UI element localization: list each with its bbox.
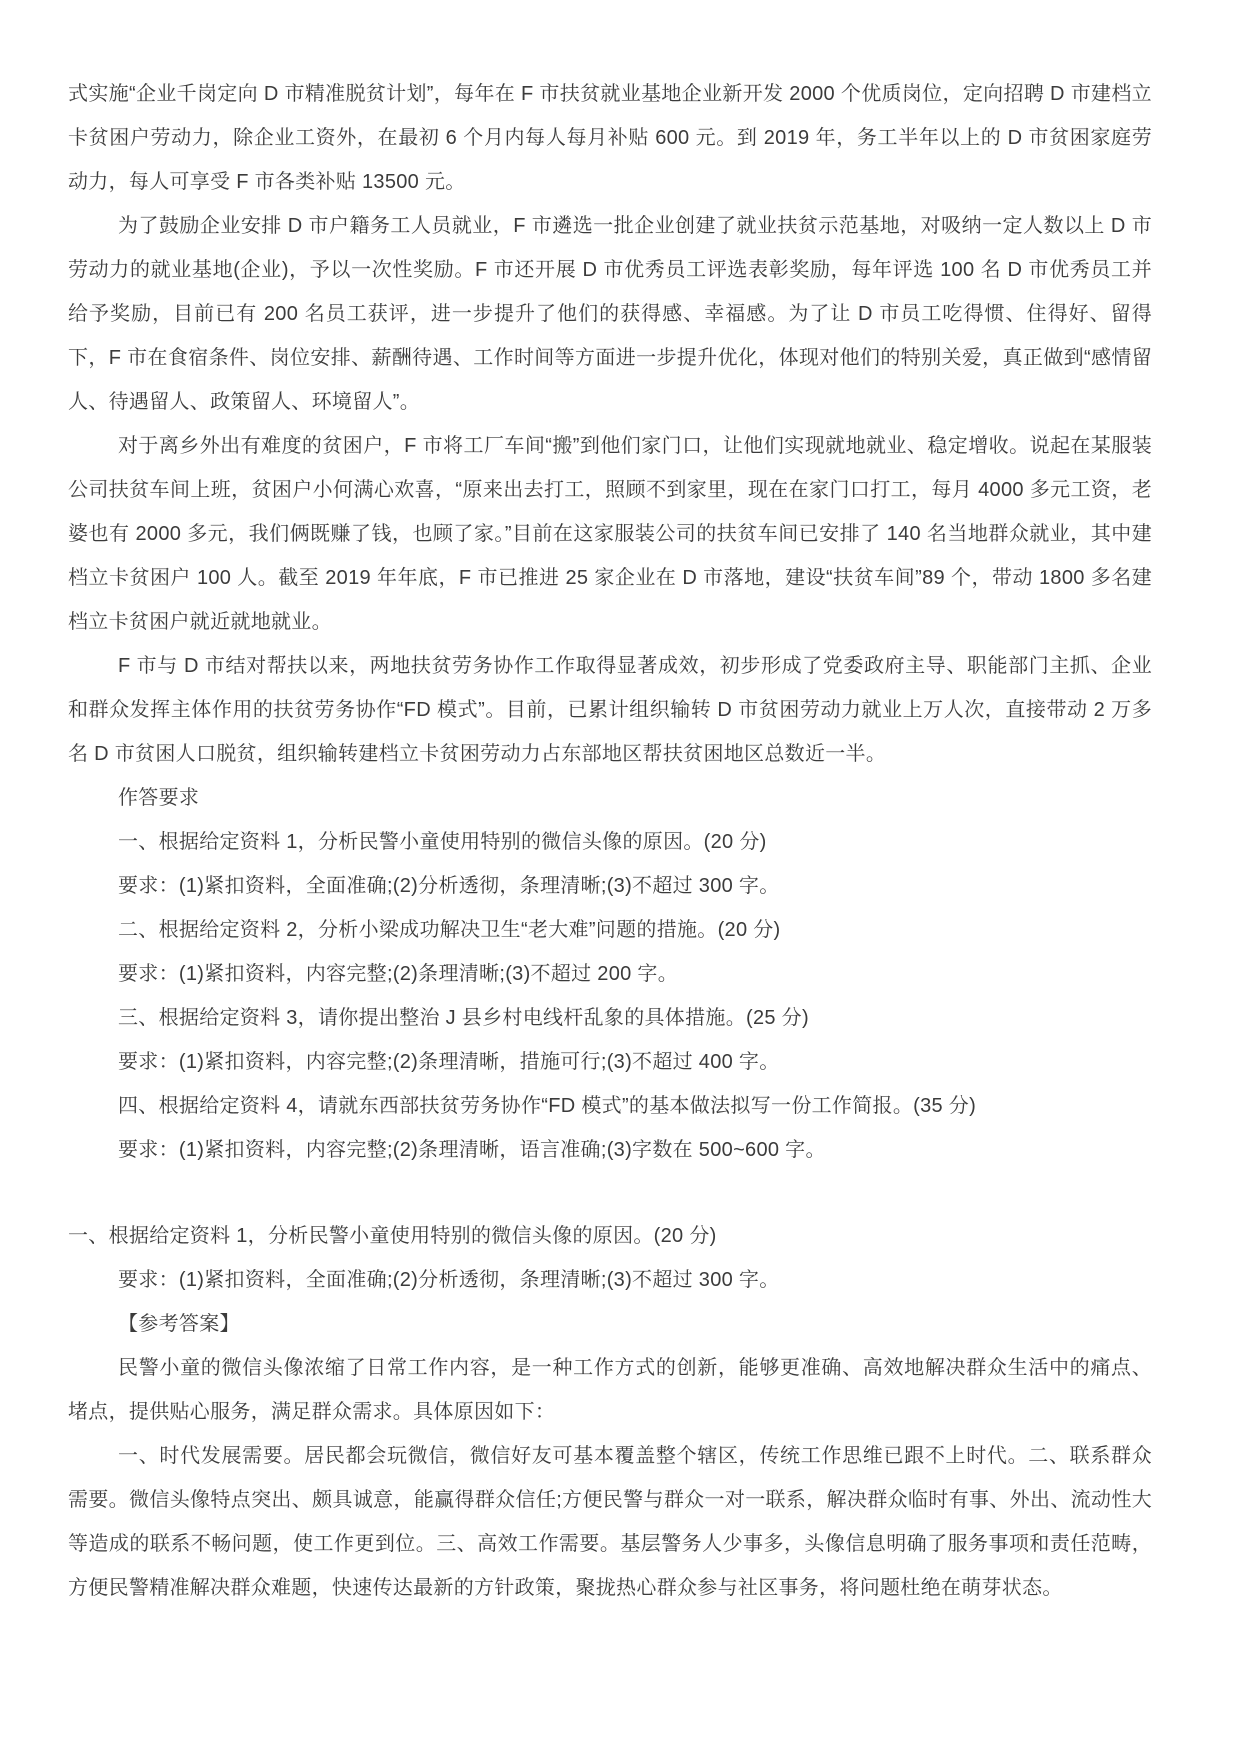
reference-answer-heading: 【参考答案】	[68, 1302, 1152, 1346]
question-1: 一、根据给定资料 1，分析民警小童使用特别的微信头像的原因。(20 分)	[68, 820, 1152, 864]
material-paragraph-2: 为了鼓励企业安排 D 市户籍务工人员就业，F 市遴选一批企业创建了就业扶贫示范基…	[68, 204, 1152, 424]
answer-section-question-1: 一、根据给定资料 1，分析民警小童使用特别的微信头像的原因。(20 分)	[68, 1214, 1152, 1258]
document-page: 式实施“企业千岗定向 D 市精准脱贫计划”，每年在 F 市扶贫就业基地企业新开发…	[0, 0, 1240, 1754]
material-paragraph-1: 式实施“企业千岗定向 D 市精准脱贫计划”，每年在 F 市扶贫就业基地企业新开发…	[68, 72, 1152, 204]
reference-answer-intro: 民警小童的微信头像浓缩了日常工作内容，是一种工作方式的创新，能够更准确、高效地解…	[68, 1346, 1152, 1434]
material-paragraph-4: F 市与 D 市结对帮扶以来，两地扶贫劳务协作工作取得显著成效，初步形成了党委政…	[68, 644, 1152, 776]
question-4: 四、根据给定资料 4，请就东西部扶贫劳务协作“FD 模式”的基本做法拟写一份工作…	[68, 1084, 1152, 1128]
answer-requirements-heading: 作答要求	[68, 776, 1152, 820]
answer-section-question-1-requirements: 要求：(1)紧扣资料，全面准确;(2)分析透彻，条理清晰;(3)不超过 300 …	[68, 1258, 1152, 1302]
reference-answer-body: 一、时代发展需要。居民都会玩微信，微信好友可基本覆盖整个辖区，传统工作思维已跟不…	[68, 1434, 1152, 1610]
question-4-requirements: 要求：(1)紧扣资料，内容完整;(2)条理清晰，语言准确;(3)字数在 500~…	[68, 1128, 1152, 1172]
material-paragraph-3: 对于离乡外出有难度的贫困户，F 市将工厂车间“搬”到他们家门口，让他们实现就地就…	[68, 424, 1152, 644]
question-2-requirements: 要求：(1)紧扣资料，内容完整;(2)条理清晰;(3)不超过 200 字。	[68, 952, 1152, 996]
question-1-requirements: 要求：(1)紧扣资料，全面准确;(2)分析透彻，条理清晰;(3)不超过 300 …	[68, 864, 1152, 908]
question-3: 三、根据给定资料 3，请你提出整治 J 县乡村电线杆乱象的具体措施。(25 分)	[68, 996, 1152, 1040]
question-2: 二、根据给定资料 2，分析小梁成功解决卫生“老大难”问题的措施。(20 分)	[68, 908, 1152, 952]
question-3-requirements: 要求：(1)紧扣资料，内容完整;(2)条理清晰，措施可行;(3)不超过 400 …	[68, 1040, 1152, 1084]
